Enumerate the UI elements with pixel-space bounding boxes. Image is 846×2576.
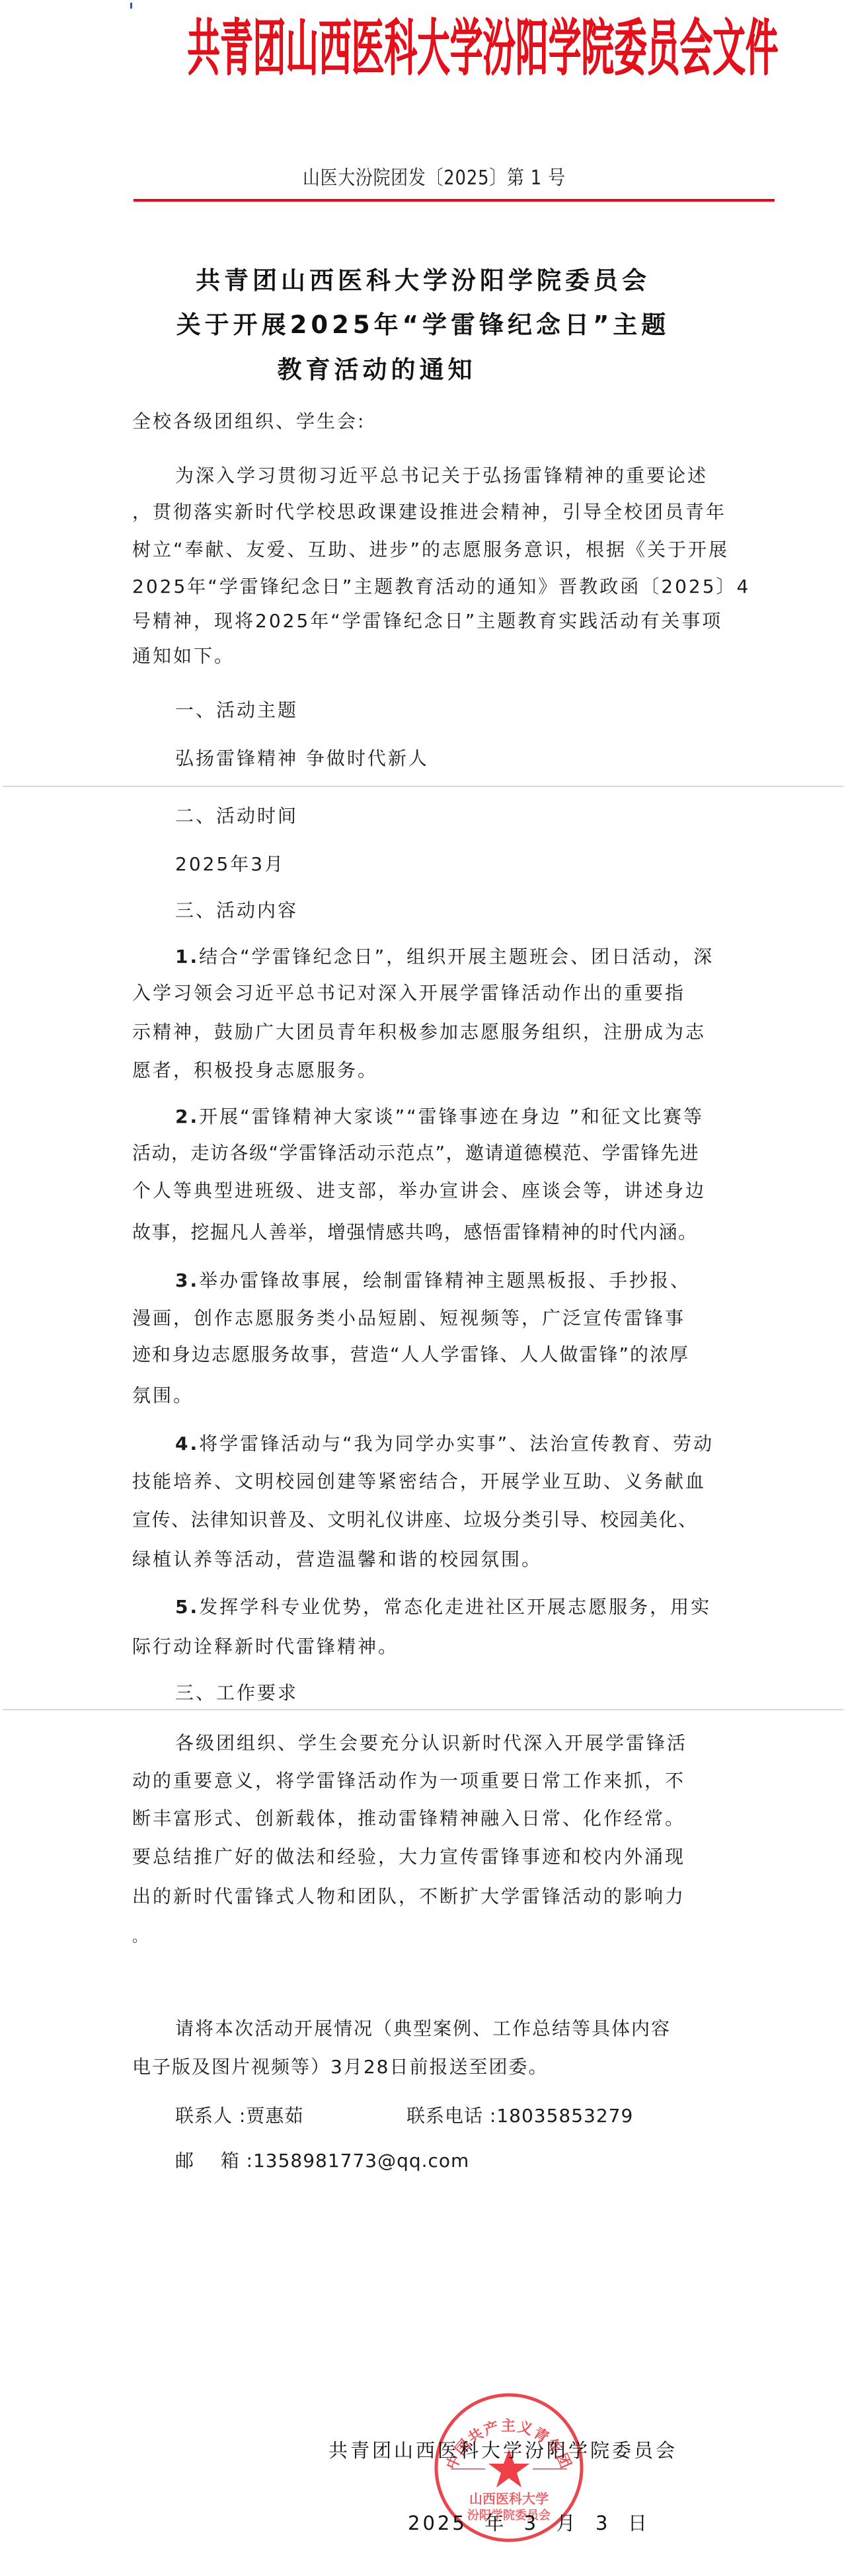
content-item-2: 2.开展“雷锋精神大家谈”“雷锋事迹在身边 ”和征文比赛等 xyxy=(175,1105,704,1129)
requirements-line: 出的新时代雷锋式人物和团队，不断扩大学雷锋活动的影响力 xyxy=(132,1885,685,1909)
content-item-1: 1.结合“学雷锋纪念日”，组织开展主题班会、团日活动，深 xyxy=(175,945,714,969)
section-heading-requirements: 三、工作要求 xyxy=(175,1681,298,1705)
section-heading-theme: 一、活动主题 xyxy=(175,699,298,722)
submission-line: 请将本次活动开展情况（典型案例、工作总结等具体内容 xyxy=(175,2017,671,2041)
issuer-title: 共青团山西医科大学汾阳学院委员会文件 xyxy=(187,12,716,85)
notice-title-line-3: 教育活动的通知 xyxy=(0,356,800,385)
intro-line: 通知如下。 xyxy=(132,644,235,668)
intro-line: 树立“奉献、友爱、互助、进步”的志愿服务意识，根据《关于开展 xyxy=(132,538,729,562)
intro-line: 号精神，现将2025年“学雷锋纪念日”主题教育实践活动有关事项 xyxy=(132,609,722,633)
content-item-3: 3.举办雷锋故事展，绘制雷锋精神主题黑板报、手抄报、 xyxy=(175,1269,691,1293)
item-number: 2. xyxy=(175,1106,199,1127)
page-divider xyxy=(3,1709,843,1710)
content-item-line: 愿者，积极投身志愿服务。 xyxy=(132,1059,378,1082)
notice-title-line-1: 共青团山西医科大学汾阳学院委员会 xyxy=(0,266,846,295)
content-item-line: 漫画，创作志愿服务类小品短剧、短视频等，广泛宣传雷锋事 xyxy=(132,1307,685,1330)
contact-email-label: 邮 箱 : xyxy=(175,2150,253,2172)
contact-email-address[interactable]: 1358981773@qq.com xyxy=(253,2150,469,2172)
content-item-line: 入学习领会习近平总书记对深入开展学雷锋活动作出的重要指 xyxy=(132,981,685,1005)
signature-org: 共青团山西医科大学汾阳学院委员会 xyxy=(328,2439,677,2462)
item-number: 3. xyxy=(175,1269,199,1291)
content-item-line: 氛围。 xyxy=(132,1384,194,1408)
contact-person-name: 贾惠茹 xyxy=(246,2105,303,2127)
section-heading-content: 三、活动内容 xyxy=(175,899,298,923)
content-item-line: 绿植认养等活动，营造温馨和谐的校园氛围。 xyxy=(132,1548,542,1572)
item-number: 1. xyxy=(175,946,199,967)
content-item-line: 际行动诠释新时代雷锋精神。 xyxy=(132,1635,399,1659)
contact-phone: 联系电话 :18035853279 xyxy=(406,2104,633,2128)
theme-text: 弘扬雷锋精神 争做时代新人 xyxy=(175,747,429,771)
requirements-line: 要总结推广好的做法和经验，大力宣传雷锋事迹和校内外涌现 xyxy=(132,1845,685,1869)
time-text: 2025年3月 xyxy=(175,852,285,876)
issuer-title-text: 共青团山西医科大学汾阳学院委员会文件 xyxy=(187,12,778,85)
requirements-line: 。 xyxy=(132,1926,149,1950)
salutation: 全校各级团组织、学生会: xyxy=(132,410,365,434)
seal-bottom-line-1: 山西医科大学 xyxy=(469,2491,549,2507)
signature-date: 2025 年 3 月 3 日 xyxy=(408,2511,650,2535)
content-item-line: 技能培养、文明校园创建等紧密结合，开展学业互助、义务献血 xyxy=(132,1470,706,1494)
content-item-line: 活动，走访各级“学雷锋活动示范点”，邀请道德模范、学雷锋先进 xyxy=(132,1141,699,1165)
submission-line: 电子版及图片视频等）3月28日前报送至团委。 xyxy=(132,2055,548,2079)
requirements-line: 各级团组织、学生会要充分认识新时代深入开展学雷锋活 xyxy=(175,1731,687,1755)
content-item-line: 示精神，鼓励广大团员青年积极参加志愿服务组织，注册成为志 xyxy=(132,1020,706,1044)
content-item-4: 4.将学雷锋活动与“我为同学办实事”、法治宣传教育、劳动 xyxy=(175,1432,714,1456)
contact-email: 邮 箱 :1358981773@qq.com xyxy=(175,2149,469,2173)
section-heading-time: 二、活动时间 xyxy=(175,804,298,828)
intro-line: 为深入学习贯彻习近平总书记关于弘扬雷锋精神的重要论述 xyxy=(175,464,708,488)
content-item-line: 个人等典型进班级、进支部，举办宣讲会、座谈会等，讲述身边 xyxy=(132,1179,706,1203)
scan-mark xyxy=(130,3,132,9)
item-number: 5. xyxy=(175,1596,199,1618)
contact-phone-label: 联系电话 : xyxy=(406,2105,496,2127)
intro-line: ，贯彻落实新时代学校思政课建设推进会精神，引导全校团员青年 xyxy=(132,500,726,524)
contact-person-label: 联系人 : xyxy=(175,2105,246,2127)
document-number: 山医大汾院团发〔2025〕第 1 号 xyxy=(303,167,566,190)
content-item-5: 5.发挥学科专业优势，常态化走进社区开展志愿服务，用实 xyxy=(175,1595,711,1619)
notice-title-line-2: 关于开展2025年“学雷锋纪念日”主题 xyxy=(0,311,846,340)
contact-person: 联系人 :贾惠茹 xyxy=(175,2104,303,2128)
requirements-line: 动的重要意义，将学雷锋活动作为一项重要日常工作来抓，不 xyxy=(132,1769,685,1793)
contact-phone-number[interactable]: 18035853279 xyxy=(496,2105,633,2127)
requirements-line: 断丰富形式、创新载体，推动雷锋精神融入日常、化作经常。 xyxy=(132,1807,685,1831)
item-number: 4. xyxy=(175,1433,199,1455)
page-divider xyxy=(3,786,843,787)
content-item-line: 迹和身边志愿服务故事，营造“人人学雷锋、人人做雷锋”的浓厚 xyxy=(132,1343,689,1367)
content-item-line: 宣传、法律知识普及、文明礼仪讲座、垃圾分类引导、校园美化、 xyxy=(132,1508,698,1532)
content-item-line: 故事，挖掘凡人善举，增强情感共鸣，感悟雷锋精神的时代内涵。 xyxy=(132,1221,698,1244)
red-header-rule xyxy=(134,199,775,202)
intro-line: 2025年“学雷锋纪念日”主题教育活动的通知》晋教政函〔2025〕4 xyxy=(132,575,750,599)
